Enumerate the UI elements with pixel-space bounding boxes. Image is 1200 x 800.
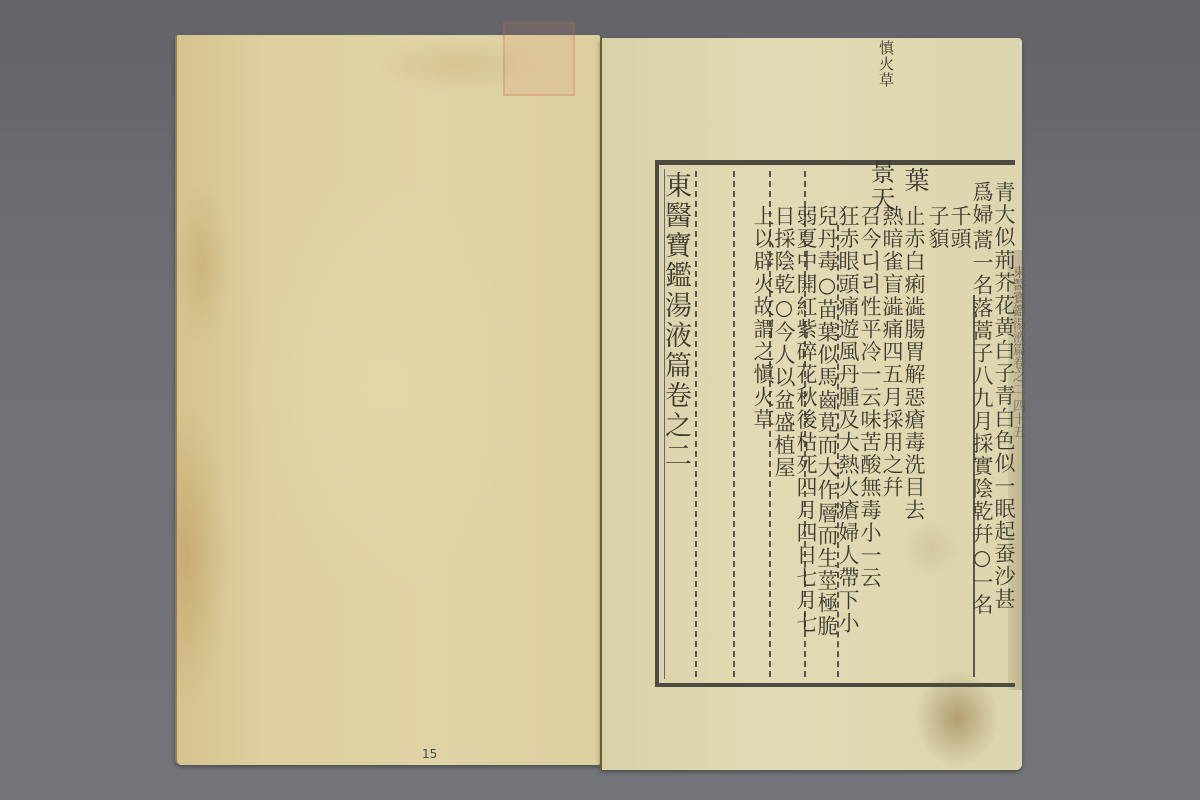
text-column: 日採陰乾○今人以盆盛植屋 (773, 205, 794, 479)
text-column: 狂赤眼頭痛遊風丹腫及大熱火瘡婦人帶下小 (837, 205, 858, 634)
volume-title: 東醫寶鑑湯液篇卷之二 (662, 171, 689, 471)
library-seal (503, 22, 575, 96)
column-rule (695, 171, 697, 677)
pencil-mark: 15 (422, 747, 437, 761)
text-column: 爲婦 (971, 181, 992, 226)
margin-annotation: 慎火草 (876, 40, 897, 88)
text-column: 千頭 (949, 205, 970, 250)
text-column: 青大似荊芥花黄白子青白色似一眠起蚕沙甚 (993, 181, 1014, 610)
text-frame: 東醫寶鑑湯液篇卷之二 青大似荊芥花黄白子青白色似一眠起蚕沙甚 爲婦 蒿一名落蒿子… (655, 160, 1015, 687)
left-page: 15 (175, 35, 600, 765)
text-column: 蒿一名落蒿子八九月採實陰乾幷○一名 (971, 229, 992, 616)
text-column: 止赤白痢澁腸胃解惡瘡毒洗目去 (903, 205, 924, 521)
entry-heading-leaf: 葉 (903, 167, 928, 194)
text-column: 熱暗雀盲澁痛四五月採用之幷 (881, 205, 902, 499)
text-column: 上以辟火故謂之愼火草 (752, 205, 773, 431)
column-rule (733, 171, 735, 677)
text-column: 弱夏中開紅紫碎花秋後枯死四月四日七月七 (795, 205, 816, 634)
text-column: 召今디리性平冷一云味苦酸無毒小一云 (859, 205, 880, 589)
text-column: 兒丹毒○苗葉似馬齒莧而大作層而生莖極脆 (816, 205, 837, 637)
text-column: 子䫉 (927, 205, 948, 250)
